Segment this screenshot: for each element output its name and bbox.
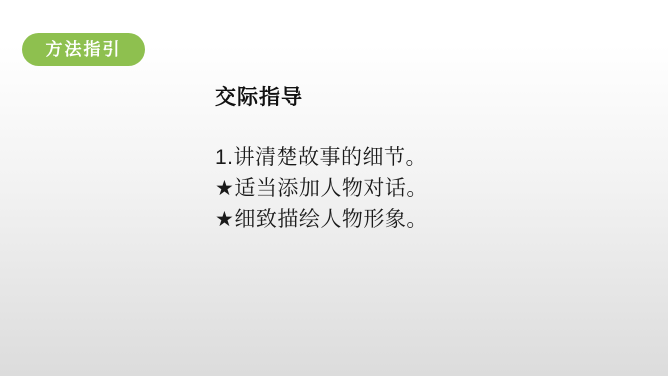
slide-body: 1.讲清楚故事的细节。 ★适当添加人物对话。 ★细致描绘人物形象。	[215, 142, 428, 235]
method-guide-badge-label: 方法指引	[46, 41, 122, 58]
body-line: ★细致描绘人物形象。	[215, 204, 428, 235]
slide-title: 交际指导	[215, 86, 303, 109]
method-guide-badge: 方法指引	[22, 33, 145, 66]
presentation-slide: 方法指引 交际指导 1.讲清楚故事的细节。 ★适当添加人物对话。 ★细致描绘人物…	[0, 0, 668, 376]
body-line: 1.讲清楚故事的细节。	[215, 142, 428, 173]
body-line: ★适当添加人物对话。	[215, 173, 428, 204]
